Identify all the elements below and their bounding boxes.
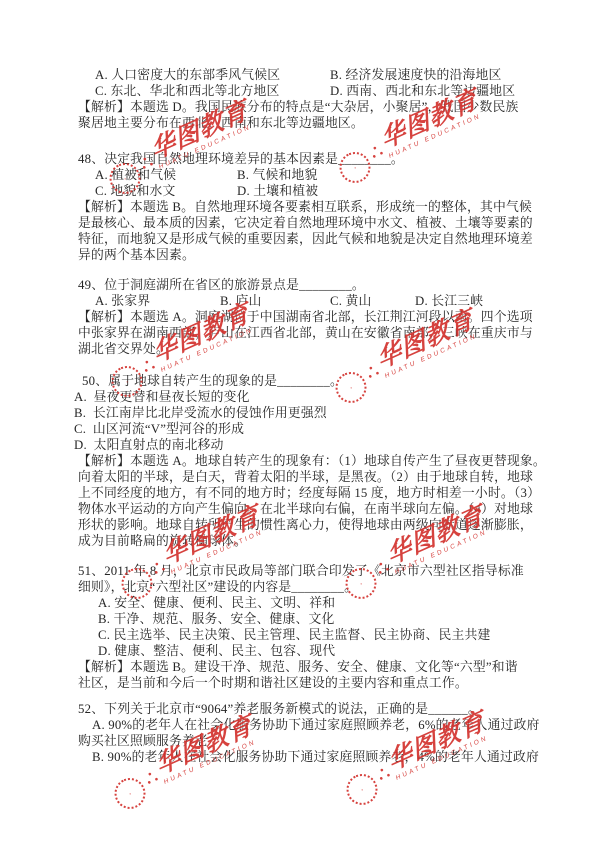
text-line: 是最核心、最本质的因素，它决定着自然地理环境中水文、植被、土壤等要素的 — [78, 216, 533, 231]
text-line: 52、下列关于北京市“9064”养老服务新模式的说法，正确的是______。 — [78, 702, 481, 717]
text-line: 物体水平运动的方向产生偏向。在北半球向右偏，在南半球向左偏。（4）对地球 — [78, 502, 533, 517]
text-line: A. 安全、健康、便利、民主、文明、祥和 — [98, 596, 335, 611]
option-cell: D. 长江三峡 — [415, 294, 483, 309]
option-cell: B. 气候和地貌 — [237, 168, 318, 183]
text-line: 聚居地主要分布在西北、西南和东北等边疆地区。 — [78, 116, 364, 131]
text-line: 51、2011 年 8 月，北京市民政局等部门联合印发了《北京市六型社区指导标准 — [78, 564, 524, 579]
option-cell: B. 经济发展速度快的沿海地区 — [330, 68, 502, 83]
text-line: 50、属于地球自转产生的现象的是________。 — [82, 374, 343, 389]
option-cell: B. 庐山 — [220, 294, 262, 309]
text-line: 中张家界在湖南西部，庐山在江西省北部，黄山在安徽省南部，三峡在重庆市与 — [78, 326, 533, 341]
option-cell: C. 黄山 — [330, 294, 372, 309]
text-line: D. 健康、整洁、便利、民主、包容、现代 — [98, 644, 335, 659]
text-line: A. 90%的老年人在社会化服务协助下通过家庭照顾养老，6%的老年人通过政府 — [92, 718, 540, 733]
text-line: C. 民主选举、民主决策、民主管理、民主监督、民主协商、民主共建 — [98, 628, 490, 643]
text-line: 【解析】本题选 D。我国民族分布的特点是“大杂居，小聚居”，我国少数民族 — [78, 100, 519, 115]
text-line: 购买社区照顾服务养老 — [78, 734, 208, 749]
option-cell: A. 植被和气候 — [95, 168, 176, 183]
text-line: D. 太阳直射点的南北移动 — [74, 438, 224, 453]
text-line: 湖北省交界处。 — [78, 342, 169, 357]
text-line: 异的两个基本因素。 — [78, 248, 195, 263]
exam-page: A. 人口密度大的东部季风气候区B. 经济发展速度快的沿海地区C. 东北、华北和… — [0, 0, 595, 842]
text-line: B. 90%的老年人在社会化服务协助下通过家庭照顾养老，4%的老年人通过政府 — [92, 750, 539, 765]
text-line: 49、位于洞庭湖所在省区的旅游景点是________。 — [78, 278, 365, 293]
option-cell: C. 东北、华北和西北等北方地区 — [95, 84, 280, 99]
text-line: C. 山区河流“V”型河谷的形成 — [74, 422, 244, 437]
text-line: 形状的影响。地球自转所产生的惯性离心力，使得地球由两级向赤道逐渐膨胀， — [78, 518, 533, 533]
option-cell: A. 人口密度大的东部季风气候区 — [95, 68, 280, 83]
text-line: 【解析】本题选 B。建设干净、规范、服务、安全、健康、文化等“六型”和谐 — [78, 660, 518, 675]
text-line: 【解析】本题选 A。地球自转产生的现象有：（1）地球自传产生了昼夜更替现象。 — [78, 454, 546, 469]
option-cell: C. 地貌和水文 — [95, 184, 176, 199]
text-line: 社区，是当前和今后一个时期和谐社区建设的主要内容和重点工作。 — [78, 676, 468, 691]
text-line: B. 干净、规范、服务、安全、健康、文化 — [98, 612, 334, 627]
document-content: A. 人口密度大的东部季风气候区B. 经济发展速度快的沿海地区C. 东北、华北和… — [0, 0, 595, 842]
text-line: 48、决定我国自然地理环境差异的基本因素是________。 — [78, 152, 404, 167]
option-cell: D. 西南、西北和东北等边疆地区 — [330, 84, 515, 99]
text-line: 特征，而地貌又是形成气候的重要因素，因此气候和地貌是决定自然地理环境差 — [78, 232, 533, 247]
text-line: 【解析】本题选 B。自然地理环境各要素相互联系，形成统一的整体，其中气候 — [78, 200, 532, 215]
text-line: 向着太阳的半球，是白天，背着太阳的半球，是黑夜。（2）由于地球自转，地球 — [78, 470, 533, 485]
option-cell: A. 张家界 — [95, 294, 150, 309]
text-line: 细则》，北京“六型社区”建设的内容是________。 — [78, 580, 357, 595]
text-line: B. 长江南岸比北岸受流水的侵蚀作用更强烈 — [74, 406, 327, 421]
text-line: 上不同经度的地方，有不同的地方时；经度每隔 15 度，地方时相差一小时。（3） — [78, 486, 540, 501]
text-line: 成为目前略扁的旋转椭球体。 — [78, 534, 247, 549]
text-line: 【解析】本题选 A。洞庭湖位于中国湖南省北部，长江荆江河段以南。四个选项 — [78, 310, 533, 325]
option-cell: D. 土壤和植被 — [237, 184, 318, 199]
text-line: A. 昼夜更替和昼夜长短的变化 — [74, 390, 250, 405]
